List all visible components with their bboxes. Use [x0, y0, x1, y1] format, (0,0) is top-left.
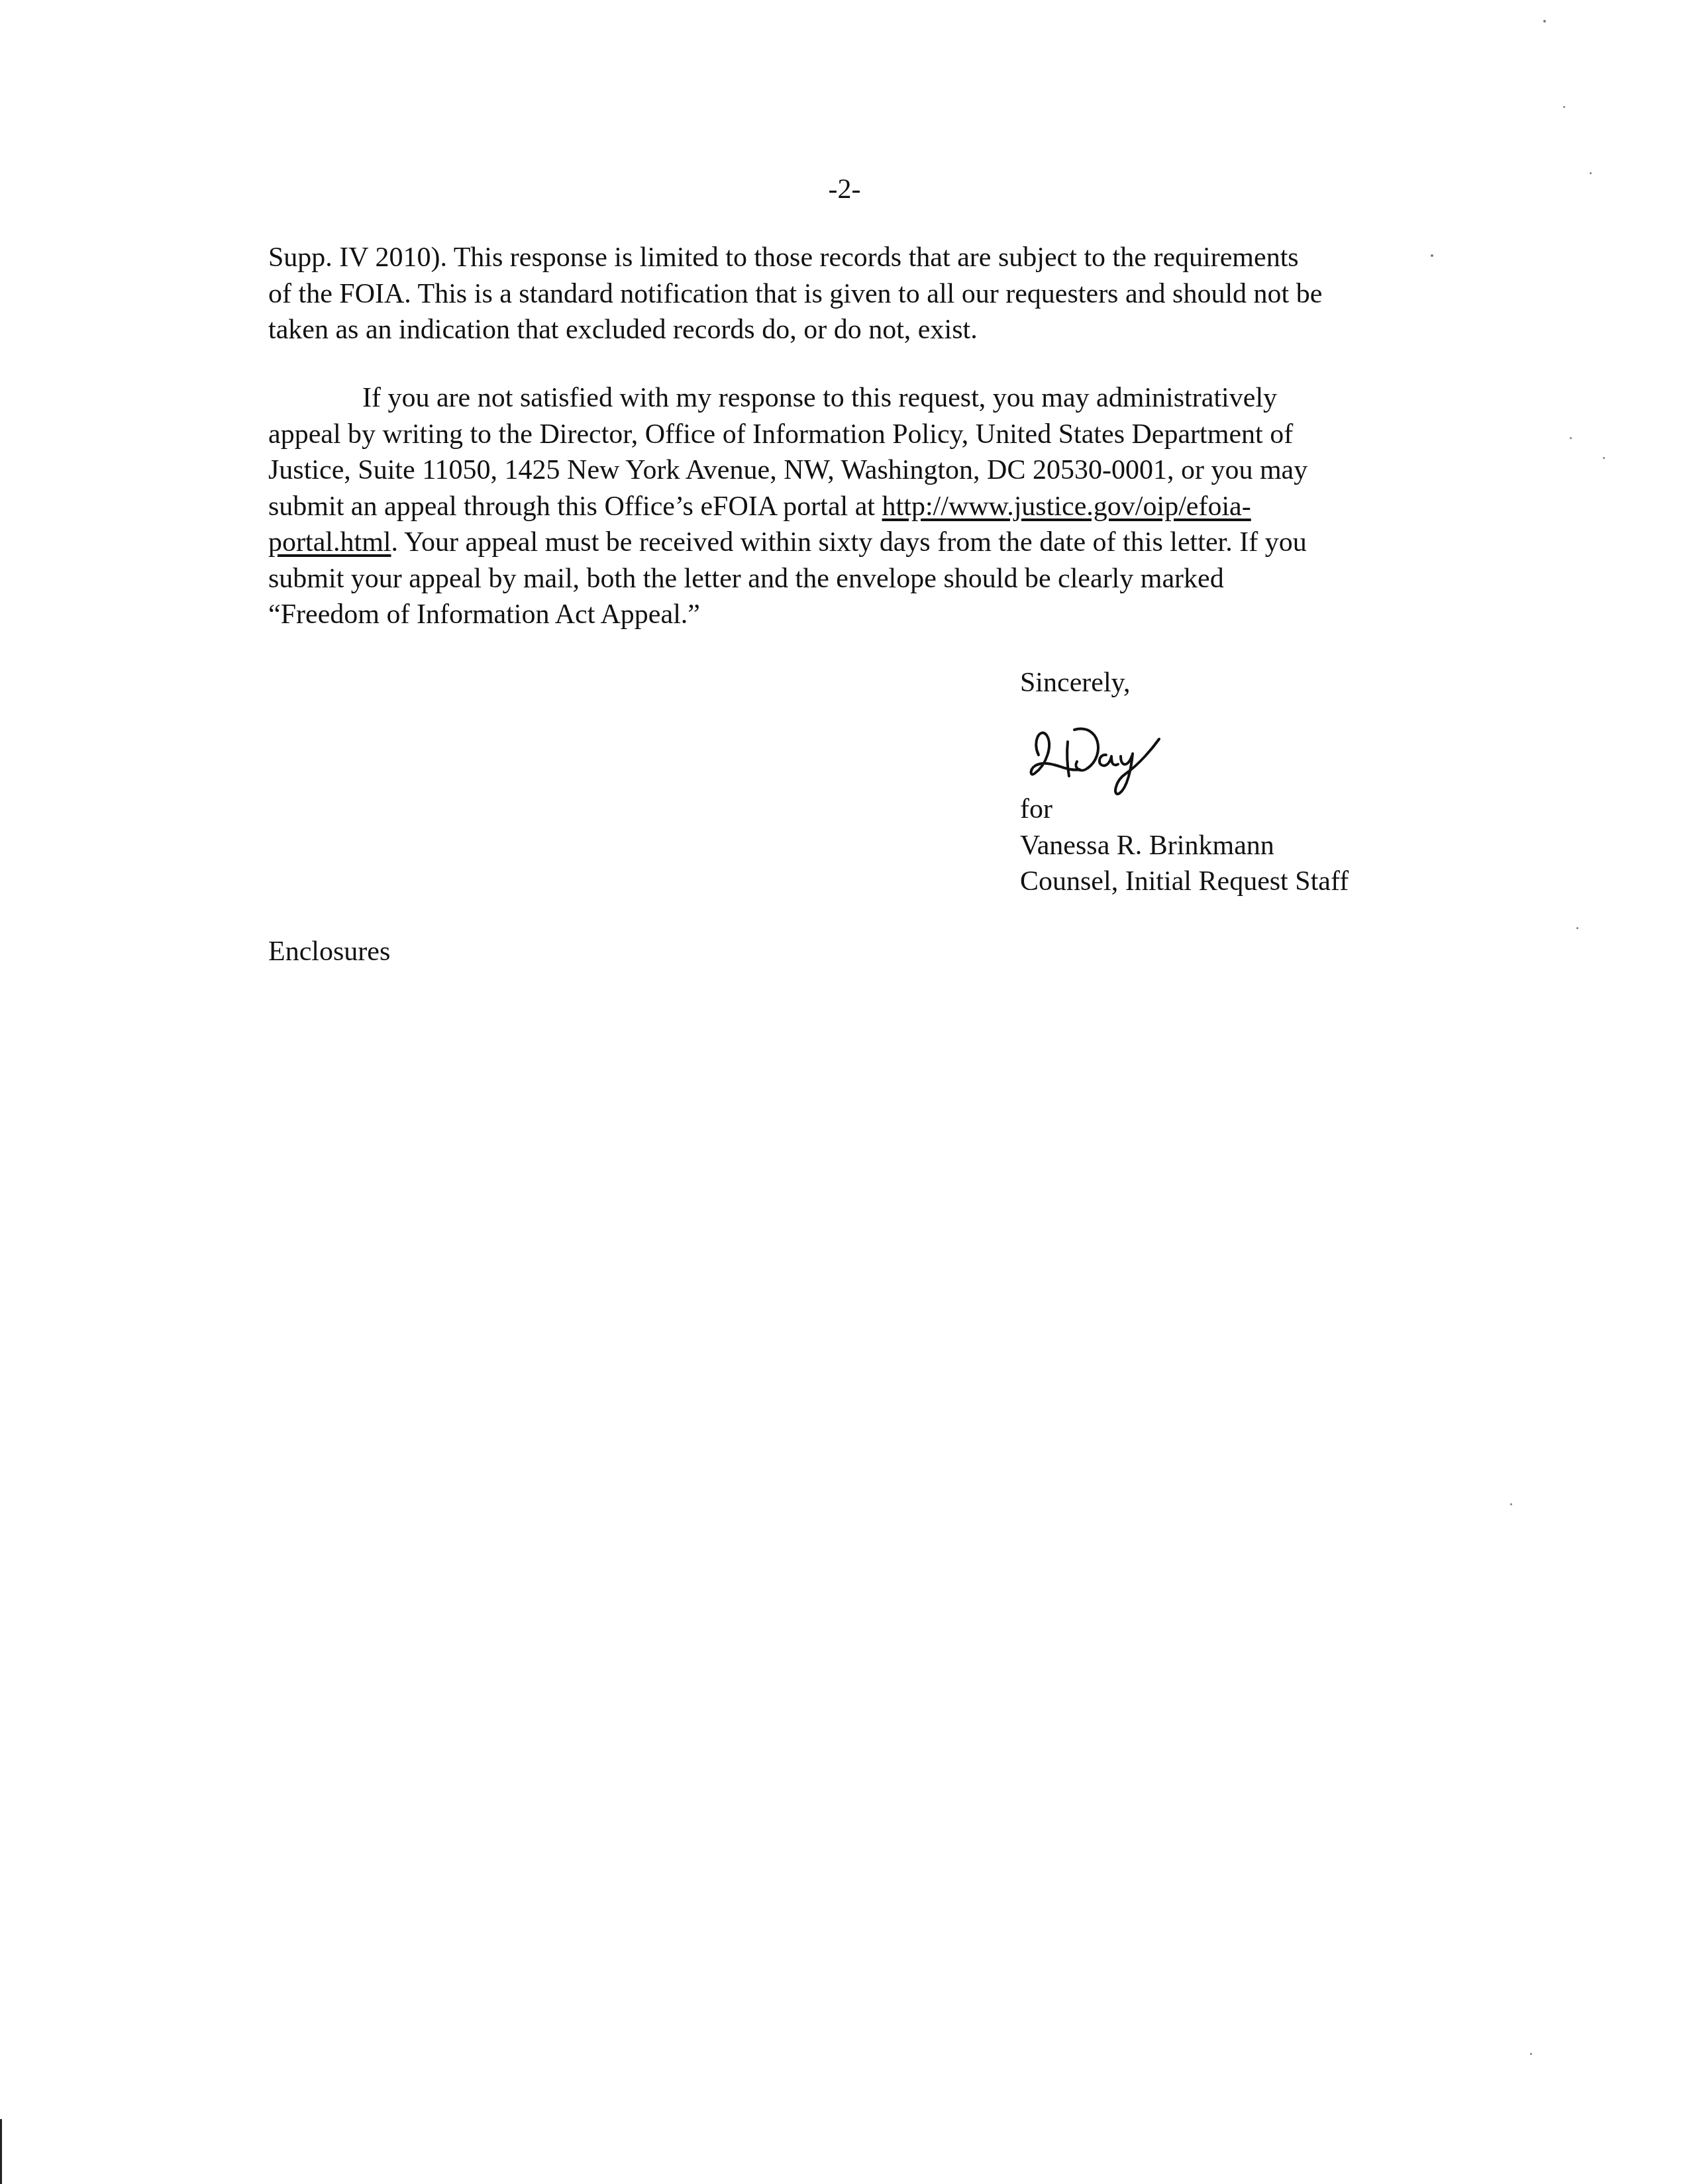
text-line: “Freedom of Information Act Appeal.” [268, 597, 1507, 633]
scan-speck [1576, 927, 1578, 929]
paragraph-appeal-rights: If you are not satisfied with my respons… [268, 380, 1507, 633]
scan-speck [1570, 437, 1572, 439]
text-line-with-link: portal.html. Your appeal must be receive… [268, 524, 1507, 561]
efoia-portal-link-continued[interactable]: portal.html [268, 527, 391, 558]
text-line-with-link: submit an appeal through this Office’s e… [268, 489, 1507, 525]
scan-speck [1563, 106, 1565, 108]
for-label: for [1020, 791, 1052, 828]
text-line: Justice, Suite 11050, 1425 New York Aven… [268, 452, 1507, 489]
scan-speck [1530, 2053, 1532, 2055]
handwritten-signature [1027, 715, 1186, 801]
efoia-portal-link[interactable]: http://www.justice.gov/oip/efoia- [882, 491, 1251, 522]
text-line: taken as an indication that excluded rec… [268, 312, 1507, 348]
text-line: of the FOIA. This is a standard notifica… [268, 276, 1507, 313]
letter-page: -2- Supp. IV 2010). This response is lim… [0, 0, 1689, 2184]
scan-speck [1590, 172, 1592, 174]
text-line: Supp. IV 2010). This response is limited… [268, 240, 1507, 276]
scan-speck [1603, 457, 1605, 459]
scan-speck [1510, 1503, 1512, 1505]
signer-name: Vanessa R. Brinkmann [1020, 828, 1274, 864]
text-segment: . Your appeal must be received within si… [391, 527, 1306, 558]
text-line: appeal by writing to the Director, Offic… [268, 417, 1507, 453]
scan-speck [1543, 20, 1546, 23]
text-segment: submit an appeal through this Office’s e… [268, 491, 882, 522]
signer-title: Counsel, Initial Request Staff [1020, 864, 1349, 900]
text-line: If you are not satisfied with my respons… [268, 380, 1507, 417]
page-number: -2- [0, 171, 1689, 208]
closing-salutation: Sincerely, [1020, 665, 1130, 701]
text-line: submit your appeal by mail, both the let… [268, 561, 1507, 597]
scan-speck [1431, 254, 1433, 257]
enclosures-label: Enclosures [268, 934, 390, 970]
paragraph-exclusion-notice: Supp. IV 2010). This response is limited… [268, 240, 1507, 348]
scan-edge-mark [0, 2119, 2, 2184]
